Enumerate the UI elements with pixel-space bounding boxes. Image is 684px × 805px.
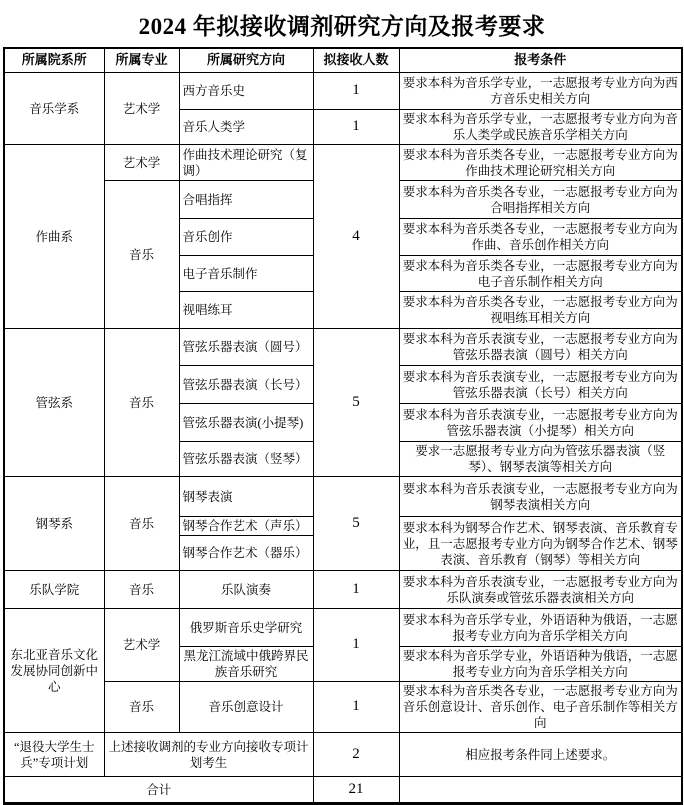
direction-cell: 管弦乐器表演（圆号） xyxy=(179,329,313,366)
requirement-cell: 要求本科为音乐表演专业，一志愿报考专业方向为钢琴表演相关方向 xyxy=(399,477,682,517)
table-row: 作曲系艺术学作曲技术理论研究（复调）4要求本科为音乐类各专业，一志愿报考专业方向… xyxy=(4,145,682,181)
table-row: 管弦系音乐管弦乐器表演（圆号）5要求本科为音乐表演专业，一志愿报考专业方向为管弦… xyxy=(4,329,682,366)
direction-cell: 音乐创意设计 xyxy=(179,682,313,733)
requirement-cell: 要求本科为音乐类各专业，一志愿报考专业方向为音乐创意设计、音乐创作、电子音乐制作… xyxy=(399,682,682,733)
direction-cell: 上述接收调剂的专业方向接收专项计划考生 xyxy=(104,733,313,777)
quota-cell: 1 xyxy=(313,682,399,733)
major-cell: 艺术学 xyxy=(104,609,179,682)
page-title: 2024 年拟接收调剂研究方向及报考要求 xyxy=(0,0,684,47)
direction-cell: 合唱指挥 xyxy=(179,181,313,219)
requirement-cell: 要求本科为音乐学专业，外语语种为俄语，一志愿报考专业方向为音乐学相关方向 xyxy=(399,609,682,647)
table-row: “退役大学生士兵”专项计划上述接收调剂的专业方向接收专项计划考生2相应报考条件同… xyxy=(4,733,682,777)
header-quota: 拟接收人数 xyxy=(313,48,399,73)
header-direction: 所属研究方向 xyxy=(179,48,313,73)
requirement-cell: 要求本科为音乐表演专业，一志愿报考专业方向为管弦乐器表演（长号）相关方向 xyxy=(399,366,682,404)
major-cell: 音乐 xyxy=(104,477,179,571)
dept-cell: “退役大学生士兵”专项计划 xyxy=(4,733,104,777)
major-cell: 音乐 xyxy=(104,571,179,609)
requirement-cell: 要求本科为钢琴合作艺术、钢琴表演、音乐教育专业，且一志愿报考专业方向为钢琴合作艺… xyxy=(399,517,682,571)
direction-cell: 管弦乐器表演（竖琴） xyxy=(179,442,313,477)
table-row: 音乐音乐创意设计1要求本科为音乐类各专业，一志愿报考专业方向为音乐创意设计、音乐… xyxy=(4,682,682,733)
direction-cell: 音乐创作 xyxy=(179,219,313,256)
dept-cell: 音乐学系 xyxy=(4,73,104,145)
requirement-cell: 要求本科为音乐表演专业，一志愿报考专业方向为乐队演奏或管弦乐器表演相关方向 xyxy=(399,571,682,609)
direction-cell: 西方音乐史 xyxy=(179,73,313,110)
requirement-cell: 要求本科为音乐学专业，外语语种为俄语，一志愿报考专业方向为音乐学相关方向 xyxy=(399,647,682,682)
dept-cell: 钢琴系 xyxy=(4,477,104,571)
quota-cell: 1 xyxy=(313,609,399,682)
requirement-cell: 要求本科为音乐类各专业，一志愿报考专业方向为作曲技术理论研究相关方向 xyxy=(399,145,682,181)
requirement-cell: 要求本科为音乐表演专业，一志愿报考专业方向为管弦乐器表演（圆号）相关方向 xyxy=(399,329,682,366)
requirement-cell: 要求一志愿报考专业方向为管弦乐器表演（竖琴）、钢琴表演等相关方向 xyxy=(399,442,682,477)
header-row: 所属院系所 所属专业 所属研究方向 拟接收人数 报考条件 xyxy=(4,48,682,73)
header-requirement: 报考条件 xyxy=(399,48,682,73)
quota-cell: 21 xyxy=(313,777,399,804)
quota-cell: 5 xyxy=(313,329,399,477)
direction-cell: 俄罗斯音乐史学研究 xyxy=(179,609,313,647)
requirement-cell: 要求本科为音乐学专业，一志愿报考专业方向为西方音乐史相关方向 xyxy=(399,73,682,110)
quota-cell: 2 xyxy=(313,733,399,777)
major-cell: 艺术学 xyxy=(104,145,179,181)
major-cell: 音乐 xyxy=(104,329,179,477)
major-cell: 音乐 xyxy=(104,181,179,329)
dept-cell: 乐队学院 xyxy=(4,571,104,609)
requirement-cell: 要求本科为音乐类各专业，一志愿报考专业方向为电子音乐制作相关方向 xyxy=(399,256,682,292)
table-row: 东北亚音乐文化发展协同创新中心艺术学俄罗斯音乐史学研究1要求本科为音乐学专业，外… xyxy=(4,609,682,647)
direction-cell: 电子音乐制作 xyxy=(179,256,313,292)
requirement-cell: 相应报考条件同上述要求。 xyxy=(399,733,682,777)
direction-cell: 钢琴合作艺术（声乐） xyxy=(179,517,313,536)
quota-cell: 1 xyxy=(313,110,399,145)
requirement-cell xyxy=(399,777,682,804)
table-row: 音乐学系艺术学西方音乐史1要求本科为音乐学专业，一志愿报考专业方向为西方音乐史相… xyxy=(4,73,682,110)
dept-cell: 管弦系 xyxy=(4,329,104,477)
dept-cell: 作曲系 xyxy=(4,145,104,329)
requirement-cell: 要求本科为音乐类各专业，一志愿报考专业方向为视唱练耳相关方向 xyxy=(399,292,682,329)
requirement-cell: 要求本科为音乐类各专业，一志愿报考专业方向为合唱指挥相关方向 xyxy=(399,181,682,219)
quota-cell: 4 xyxy=(313,145,399,329)
table-body: 音乐学系艺术学西方音乐史1要求本科为音乐学专业，一志愿报考专业方向为西方音乐史相… xyxy=(4,73,682,804)
requirement-cell: 要求本科为音乐类各专业，一志愿报考专业方向为作曲、音乐创作相关方向 xyxy=(399,219,682,256)
summary-cell: 合计 xyxy=(4,777,313,804)
table-row: 合计21 xyxy=(4,777,682,804)
direction-cell: 管弦乐器表演（长号） xyxy=(179,366,313,404)
quota-cell: 1 xyxy=(313,571,399,609)
table-row: 乐队学院音乐乐队演奏1要求本科为音乐表演专业，一志愿报考专业方向为乐队演奏或管弦… xyxy=(4,571,682,609)
direction-cell: 视唱练耳 xyxy=(179,292,313,329)
direction-cell: 黑龙江流域中俄跨界民族音乐研究 xyxy=(179,647,313,682)
header-major: 所属专业 xyxy=(104,48,179,73)
table-row: 钢琴系音乐钢琴表演5要求本科为音乐表演专业，一志愿报考专业方向为钢琴表演相关方向 xyxy=(4,477,682,517)
quota-cell: 5 xyxy=(313,477,399,571)
direction-cell: 作曲技术理论研究（复调） xyxy=(179,145,313,181)
direction-cell: 音乐人类学 xyxy=(179,110,313,145)
requirement-cell: 要求本科为音乐表演专业，一志愿报考专业方向为管弦乐器表演（小提琴）相关方向 xyxy=(399,404,682,442)
direction-cell: 钢琴合作艺术（器乐） xyxy=(179,536,313,571)
transfer-directions-table: 所属院系所 所属专业 所属研究方向 拟接收人数 报考条件 音乐学系艺术学西方音乐… xyxy=(3,47,683,805)
direction-cell: 乐队演奏 xyxy=(179,571,313,609)
header-dept: 所属院系所 xyxy=(4,48,104,73)
table-header: 所属院系所 所属专业 所属研究方向 拟接收人数 报考条件 xyxy=(4,48,682,73)
dept-cell: 东北亚音乐文化发展协同创新中心 xyxy=(4,609,104,733)
major-cell: 音乐 xyxy=(104,682,179,733)
direction-cell: 管弦乐器表演(小提琴) xyxy=(179,404,313,442)
requirement-cell: 要求本科为音乐学专业，一志愿报考专业方向为音乐人类学或民族音乐学相关方向 xyxy=(399,110,682,145)
major-cell: 艺术学 xyxy=(104,73,179,145)
quota-cell: 1 xyxy=(313,73,399,110)
direction-cell: 钢琴表演 xyxy=(179,477,313,517)
